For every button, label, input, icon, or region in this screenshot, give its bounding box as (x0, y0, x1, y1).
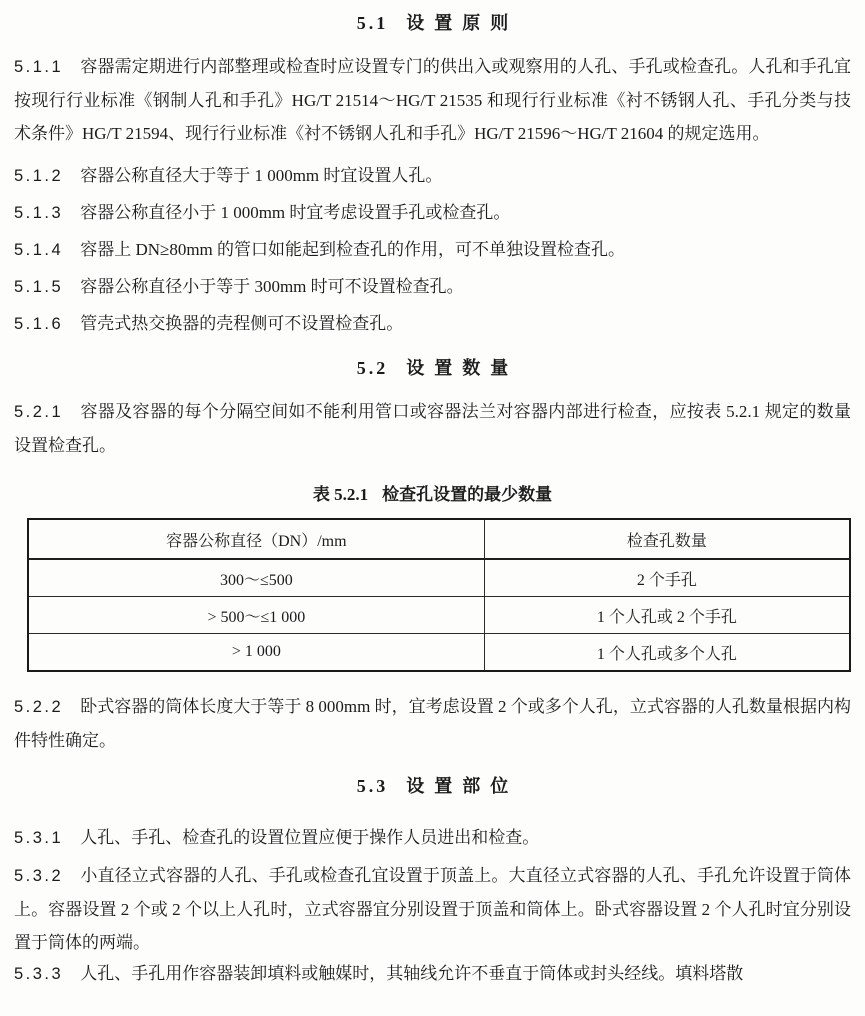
table-header-row: 容器公称直径（DN）/mm 检查孔数量 (28, 519, 850, 559)
clause-number: 5.3.2 (14, 867, 63, 885)
section-number: 5.1 (357, 13, 389, 33)
table-cell: 1 个人孔或多个人孔 (484, 634, 850, 672)
clause-number: 5.1.1 (14, 58, 63, 76)
section-heading-5-2: 5.2设置数量 (14, 357, 851, 379)
section-heading-5-3: 5.3设置部位 (14, 775, 851, 797)
clause-text: 容器公称直径小于等于 300mm 时可不设置检查孔。 (80, 277, 463, 296)
table-caption: 表 5.2.1检查孔设置的最少数量 (14, 484, 851, 506)
section-title: 设置数量 (406, 358, 518, 378)
clause-number: 5.3.1 (14, 829, 63, 847)
section-number: 5.2 (357, 358, 389, 378)
table-row: > 500～≤1 000 1 个人孔或 2 个手孔 (28, 597, 850, 634)
clause-5-1-4: 5.1.4容器上 DN≥80mm 的管口如能起到检查孔的作用，可不单独设置检查孔… (14, 239, 851, 261)
clause-5-3-3: 5.3.3人孔、手孔用作容器装卸填料或触媒时，其轴线允许不垂直于筒体或封头经线。… (14, 963, 851, 985)
table-header-cell-diameter: 容器公称直径（DN）/mm (28, 519, 484, 559)
table-cell: 2 个手孔 (484, 559, 850, 597)
clause-5-3-2: 5.3.2小直径立式容器的人孔、手孔或检查孔宜设置于顶盖上。大直径立式容器的人孔… (14, 859, 851, 959)
table-5-2-1: 容器公称直径（DN）/mm 检查孔数量 300～≤500 2 个手孔 > 500… (27, 518, 851, 672)
document-page: 5.1设置原则 5.1.1容器需定期进行内部整理或检查时应设置专门的供出入或观察… (0, 0, 865, 1016)
clause-number: 5.3.3 (14, 965, 63, 983)
clause-text: 容器需定期进行内部整理或检查时应设置专门的供出入或观察用的人孔、手孔或检查孔。人… (14, 57, 851, 143)
clause-text: 小直径立式容器的人孔、手孔或检查孔宜设置于顶盖上。大直径立式容器的人孔、手孔允许… (14, 866, 851, 952)
clause-number: 5.1.6 (14, 315, 63, 333)
clause-text: 管壳式热交换器的壳程侧可不设置检查孔。 (80, 314, 403, 333)
clause-5-1-3: 5.1.3容器公称直径小于 1 000mm 时宜考虑设置手孔或检查孔。 (14, 202, 851, 224)
table-cell: > 500～≤1 000 (28, 597, 484, 634)
section-number: 5.3 (357, 776, 389, 796)
clause-5-1-1: 5.1.1容器需定期进行内部整理或检查时应设置专门的供出入或观察用的人孔、手孔或… (14, 50, 851, 150)
clause-5-1-5: 5.1.5容器公称直径小于等于 300mm 时可不设置检查孔。 (14, 276, 851, 298)
table-row: > 1 000 1 个人孔或多个人孔 (28, 634, 850, 672)
table-caption-title: 检查孔设置的最少数量 (382, 485, 552, 504)
table-header-cell-count: 检查孔数量 (484, 519, 850, 559)
section-title: 设置部位 (406, 776, 518, 796)
clause-5-2-1: 5.2.1容器及容器的每个分隔空间如不能利用管口或容器法兰对容器内部进行检查，应… (14, 395, 851, 462)
clause-text: 容器及容器的每个分隔空间如不能利用管口或容器法兰对容器内部进行检查，应按表 5.… (14, 402, 851, 455)
table-cell: 300～≤500 (28, 559, 484, 597)
clause-text: 人孔、手孔、检查孔的设置位置应便于操作人员进出和检查。 (80, 828, 539, 847)
table-row: 300～≤500 2 个手孔 (28, 559, 850, 597)
table-cell: 1 个人孔或 2 个手孔 (484, 597, 850, 634)
clause-number: 5.1.3 (14, 204, 63, 222)
clause-5-1-6: 5.1.6管壳式热交换器的壳程侧可不设置检查孔。 (14, 313, 851, 335)
clause-5-1-2: 5.1.2容器公称直径大于等于 1 000mm 时宜设置人孔。 (14, 165, 851, 187)
clause-5-3-1: 5.3.1人孔、手孔、检查孔的设置位置应便于操作人员进出和检查。 (14, 827, 851, 849)
clause-text: 容器上 DN≥80mm 的管口如能起到检查孔的作用，可不单独设置检查孔。 (80, 240, 625, 259)
clause-number: 5.2.1 (14, 403, 63, 421)
clause-text: 容器公称直径小于 1 000mm 时宜考虑设置手孔或检查孔。 (80, 203, 510, 222)
clause-number: 5.1.4 (14, 241, 63, 259)
clause-5-2-2: 5.2.2卧式容器的筒体长度大于等于 8 000mm 时，宜考虑设置 2 个或多… (14, 690, 851, 757)
clause-text: 容器公称直径大于等于 1 000mm 时宜设置人孔。 (80, 166, 442, 185)
table-cell: > 1 000 (28, 634, 484, 672)
table-caption-label: 表 5.2.1 (313, 485, 368, 504)
clause-text: 人孔、手孔用作容器装卸填料或触媒时，其轴线允许不垂直于筒体或封头经线。填料塔散 (80, 964, 743, 983)
clause-number: 5.1.5 (14, 278, 63, 296)
clause-text: 卧式容器的筒体长度大于等于 8 000mm 时，宜考虑设置 2 个或多个人孔，立… (14, 697, 851, 750)
clause-number: 5.1.2 (14, 167, 63, 185)
section-title: 设置原则 (406, 13, 518, 33)
clause-number: 5.2.2 (14, 698, 63, 716)
section-heading-5-1: 5.1设置原则 (14, 12, 851, 34)
